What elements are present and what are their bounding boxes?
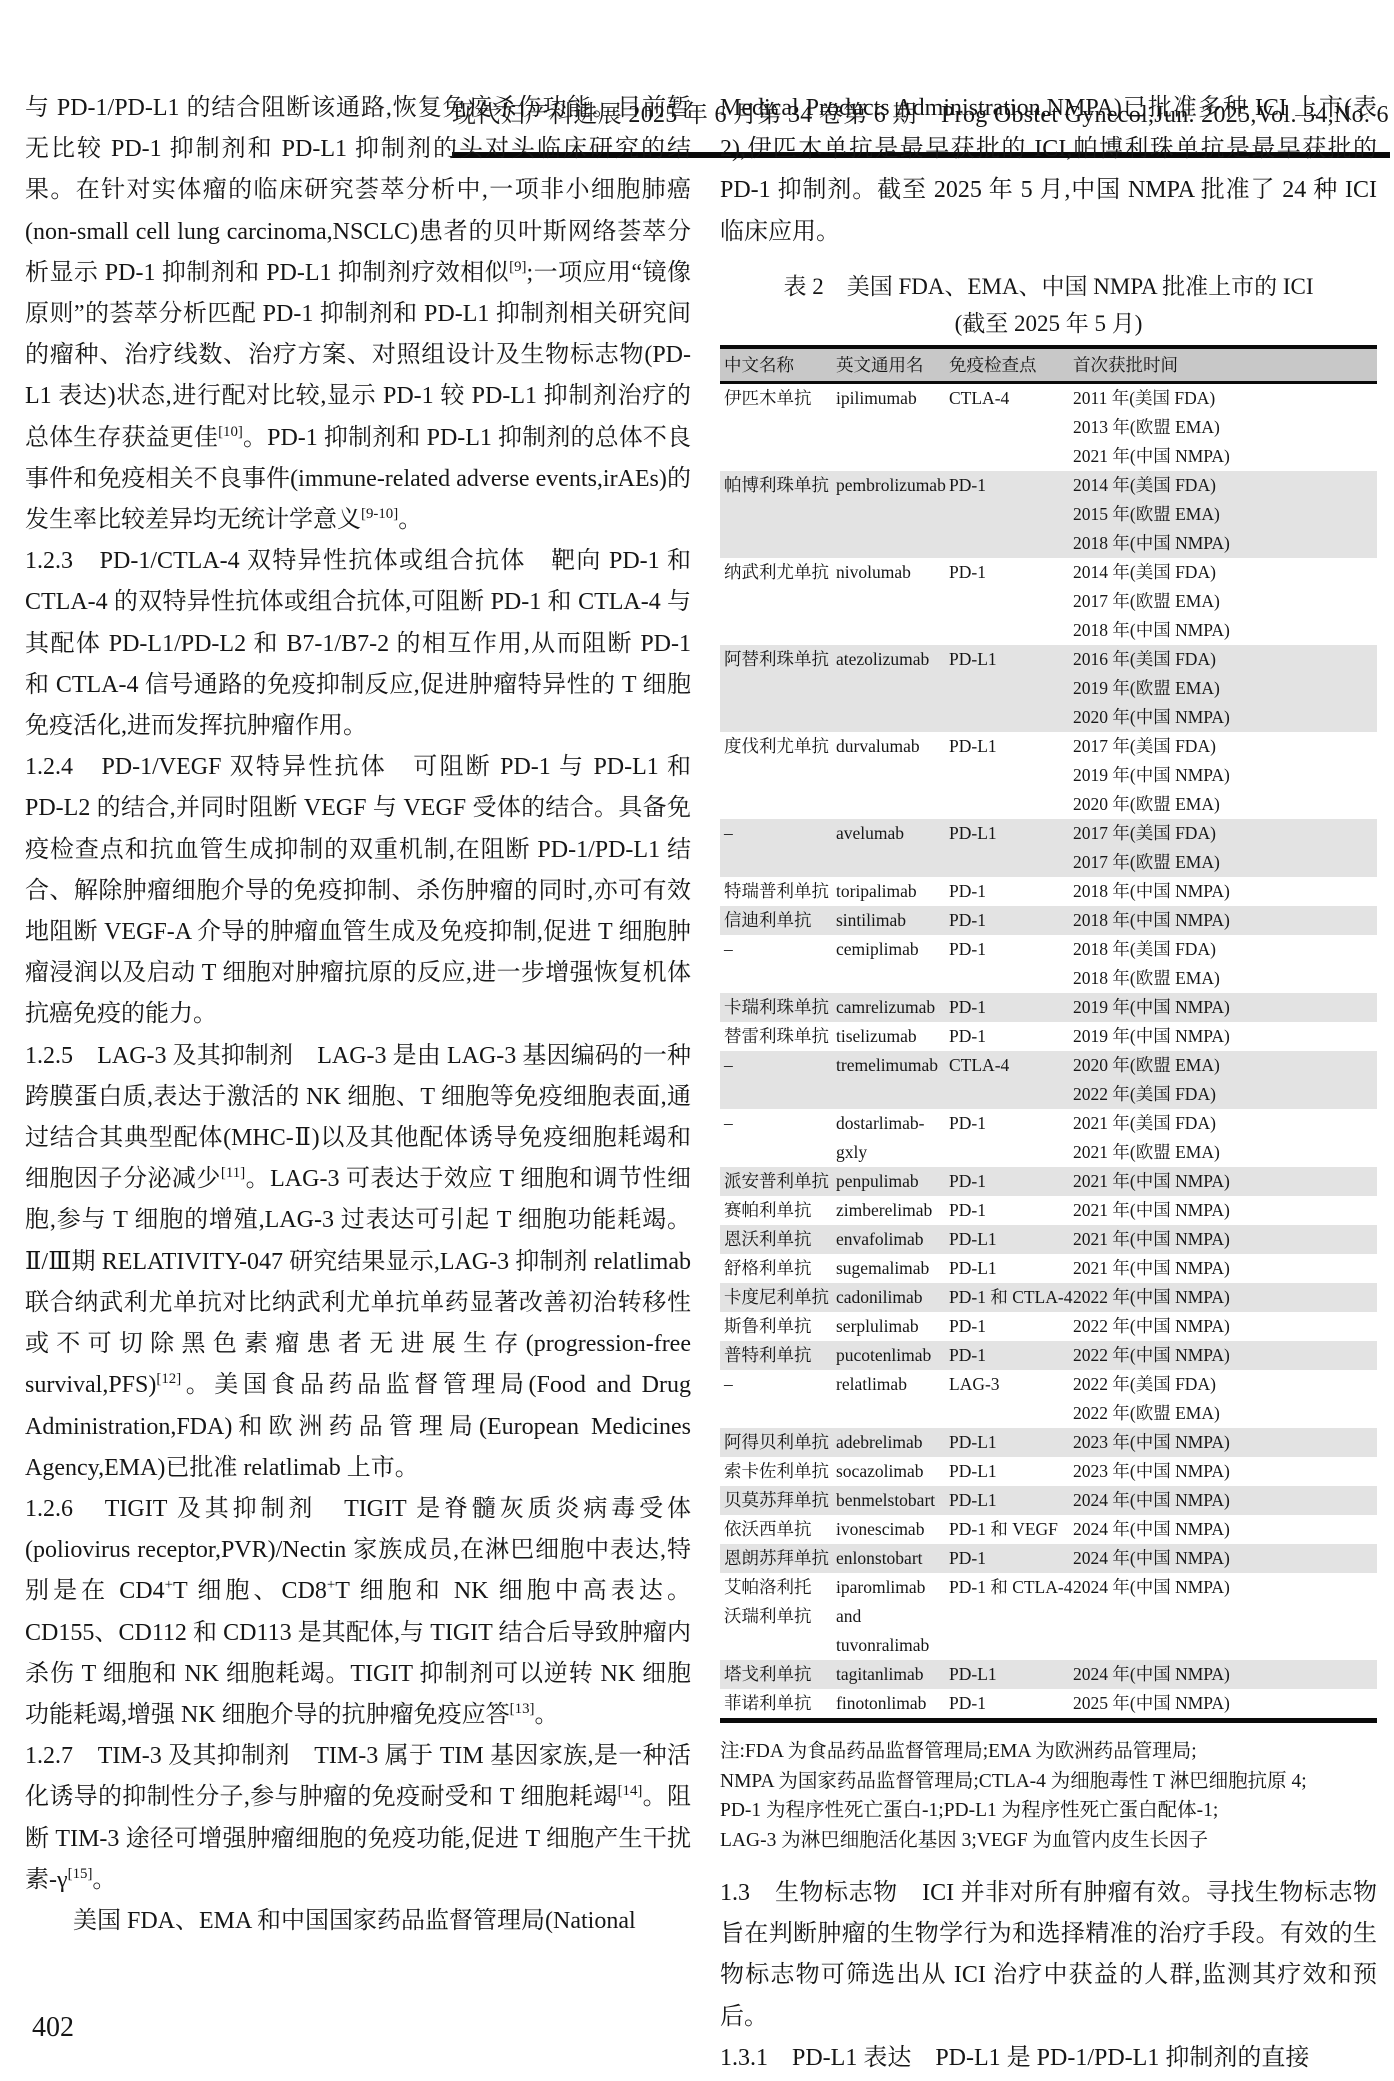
table-row: 塔戈利单抗tagitanlimabPD-L12024 年(中国 NMPA)	[720, 1660, 1377, 1689]
drug-name-en: tiselizumab	[836, 1022, 949, 1051]
table-row: 贝莫苏拜单抗benmelstobartPD-L12024 年(中国 NMPA)	[720, 1486, 1377, 1515]
approval-line: 2017 年(欧盟 EMA)	[1073, 848, 1377, 877]
reference-superscript: [10]	[218, 424, 243, 440]
drug-name-en: avelumab	[836, 819, 949, 877]
approval-dates: 2025 年(中国 NMPA)	[1073, 1689, 1377, 1721]
checkpoint-target: PD-1	[949, 471, 1073, 558]
checkpoint-target: CTLA-4	[949, 383, 1073, 472]
drug-name-en: sugemalimab	[836, 1254, 949, 1283]
drug-name-en: socazolimab	[836, 1457, 949, 1486]
drug-name-cn: 斯鲁利单抗	[720, 1312, 836, 1341]
drug-name-en: pucotenlimab	[836, 1341, 949, 1370]
paragraph: 1.3 生物标志物 ICI 并非对所有肿瘤有效。寻找生物标志物旨在判断肿瘤的生物…	[720, 1873, 1377, 2038]
approval-line: 2017 年(美国 FDA)	[1073, 732, 1377, 761]
right-column: Medical Products Administration,NMPA)已批准…	[720, 88, 1377, 2048]
approval-line: 2022 年(欧盟 EMA)	[1073, 1399, 1377, 1428]
table-row: 索卡佐利单抗socazolimabPD-L12023 年(中国 NMPA)	[720, 1457, 1377, 1486]
approval-dates: 2021 年(美国 FDA)2021 年(欧盟 EMA)	[1073, 1109, 1377, 1167]
drug-name-en: sintilimab	[836, 906, 949, 935]
approval-line: 2018 年(中国 NMPA)	[1073, 877, 1377, 906]
approval-dates: 2019 年(中国 NMPA)	[1073, 1022, 1377, 1051]
approval-dates: 2021 年(中国 NMPA)	[1073, 1225, 1377, 1254]
approval-line: 2019 年(欧盟 EMA)	[1073, 674, 1377, 703]
approval-dates: 2022 年(中国 NMPA)	[1073, 1283, 1377, 1312]
approval-dates: 2018 年(美国 FDA)2018 年(欧盟 EMA)	[1073, 935, 1377, 993]
drug-name-en: durvalumab	[836, 732, 949, 819]
drug-name-cn: 依沃西单抗	[720, 1515, 836, 1544]
approval-line: 2021 年(中国 NMPA)	[1073, 1225, 1377, 1254]
drug-name-cn: 索卡佐利单抗	[720, 1457, 836, 1486]
checkpoint-target: PD-1	[949, 1109, 1073, 1167]
checkpoint-target: PD-1 和 VEGF	[949, 1515, 1073, 1544]
drug-name-en: tremelimumab	[836, 1051, 949, 1109]
left-column: 与 PD-1/PD-L1 的结合阻断该通路,恢复免疫杀伤功能。目前暂无比较 PD…	[25, 88, 691, 2018]
ici-approval-table: 中文名称英文通用名免疫检查点首次获批时间 伊匹木单抗ipilimumabCTLA…	[720, 345, 1377, 1723]
approval-dates: 2021 年(中国 NMPA)	[1073, 1254, 1377, 1283]
drug-name-cn: 帕博利珠单抗	[720, 471, 836, 558]
approval-line: 2017 年(美国 FDA)	[1073, 819, 1377, 848]
drug-name-cn: 赛帕利单抗	[720, 1196, 836, 1225]
table-row: 派安普利单抗penpulimabPD-12021 年(中国 NMPA)	[720, 1167, 1377, 1196]
drug-name-cn: –	[720, 1051, 836, 1109]
reference-superscript: [9]	[509, 259, 526, 275]
approval-line: 2014 年(美国 FDA)	[1073, 471, 1377, 500]
approval-line: 2022 年(美国 FDA)	[1073, 1370, 1377, 1399]
approval-line: 2018 年(中国 NMPA)	[1073, 616, 1377, 645]
table-row: 度伐利尤单抗durvalumabPD-L12017 年(美国 FDA)2019 …	[720, 732, 1377, 819]
drug-name-cn: 度伐利尤单抗	[720, 732, 836, 819]
checkpoint-target: CTLA-4	[949, 1051, 1073, 1109]
table-row: 菲诺利单抗finotonlimabPD-12025 年(中国 NMPA)	[720, 1689, 1377, 1721]
approval-dates: 2011 年(美国 FDA)2013 年(欧盟 EMA)2021 年(中国 NM…	[1073, 383, 1377, 472]
table-row: 恩朗苏拜单抗enlonstobartPD-12024 年(中国 NMPA)	[720, 1544, 1377, 1573]
approval-dates: 2022 年(中国 NMPA)	[1073, 1341, 1377, 1370]
table-row: 普特利单抗pucotenlimabPD-12022 年(中国 NMPA)	[720, 1341, 1377, 1370]
table-row: 信迪利单抗sintilimabPD-12018 年(中国 NMPA)	[720, 906, 1377, 935]
drug-name-en: tagitanlimab	[836, 1660, 949, 1689]
reference-superscript: [11]	[221, 1165, 245, 1181]
approval-line: 2022 年(中国 NMPA)	[1073, 1283, 1377, 1312]
approval-dates: 2024 年(中国 NMPA)	[1073, 1660, 1377, 1689]
column-header: 首次获批时间	[1073, 347, 1377, 383]
paragraph: 1.2.7 TIM-3 及其抑制剂 TIM-3 属于 TIM 基因家族,是一种活…	[25, 1736, 691, 1901]
approval-dates: 2021 年(中国 NMPA)	[1073, 1167, 1377, 1196]
table-row: 替雷利珠单抗tiselizumabPD-12019 年(中国 NMPA)	[720, 1022, 1377, 1051]
approval-line: 2017 年(欧盟 EMA)	[1073, 587, 1377, 616]
approval-dates: 2024 年(中国 NMPA)	[1073, 1515, 1377, 1544]
approval-dates: 2021 年(中国 NMPA)	[1073, 1196, 1377, 1225]
checkpoint-target: PD-L1	[949, 645, 1073, 732]
checkpoint-target: PD-L1	[949, 1254, 1073, 1283]
drug-name-cn: 信迪利单抗	[720, 906, 836, 935]
page-number: 402	[32, 2012, 74, 2044]
table-row: 舒格利单抗sugemalimabPD-L12021 年(中国 NMPA)	[720, 1254, 1377, 1283]
drug-name-cn: 塔戈利单抗	[720, 1660, 836, 1689]
table-note-line: PD-1 为程序性死亡蛋白-1;PD-L1 为程序性死亡蛋白配体-1;	[720, 1796, 1377, 1826]
table-row: 斯鲁利单抗serplulimabPD-12022 年(中国 NMPA)	[720, 1312, 1377, 1341]
table-row: –tremelimumabCTLA-42020 年(欧盟 EMA)2022 年(…	[720, 1051, 1377, 1109]
table-row: 特瑞普利单抗toripalimabPD-12018 年(中国 NMPA)	[720, 877, 1377, 906]
table-row: 依沃西单抗ivonescimabPD-1 和 VEGF2024 年(中国 NMP…	[720, 1515, 1377, 1544]
table-row: 阿替利珠单抗atezolizumabPD-L12016 年(美国 FDA)201…	[720, 645, 1377, 732]
reference-superscript: [13]	[510, 1701, 535, 1717]
checkpoint-target: PD-1 和 CTLA-4	[949, 1283, 1073, 1312]
checkpoint-target: PD-1	[949, 1196, 1073, 1225]
drug-name-en: serplulimab	[836, 1312, 949, 1341]
table-row: 艾帕洛利托 沃瑞利单抗iparomlimab and tuvonralimabP…	[720, 1573, 1377, 1660]
approval-dates: 2014 年(美国 FDA)2017 年(欧盟 EMA)2018 年(中国 NM…	[1073, 558, 1377, 645]
column-header: 英文通用名	[836, 347, 949, 383]
drug-name-cn: 阿替利珠单抗	[720, 645, 836, 732]
reference-superscript: [9-10]	[361, 506, 398, 522]
approval-line: 2022 年(中国 NMPA)	[1073, 1341, 1377, 1370]
checkpoint-target: PD-L1	[949, 1225, 1073, 1254]
table-note-line: 注:FDA 为食品药品监督管理局;EMA 为欧洲药品管理局;	[720, 1737, 1377, 1767]
table-row: 卡度尼利单抗cadonilimabPD-1 和 CTLA-42022 年(中国 …	[720, 1283, 1377, 1312]
drug-name-cn: 菲诺利单抗	[720, 1689, 836, 1721]
approval-line: 2021 年(中国 NMPA)	[1073, 442, 1377, 471]
table-row: 卡瑞利珠单抗camrelizumabPD-12019 年(中国 NMPA)	[720, 993, 1377, 1022]
drug-name-en: atezolizumab	[836, 645, 949, 732]
reference-superscript: [15]	[68, 1866, 93, 1882]
approval-dates: 2020 年(欧盟 EMA)2022 年(美国 FDA)	[1073, 1051, 1377, 1109]
drug-name-cn: 艾帕洛利托 沃瑞利单抗	[720, 1573, 836, 1660]
drug-name-cn: 恩朗苏拜单抗	[720, 1544, 836, 1573]
reference-superscript: [12]	[156, 1371, 181, 1387]
paragraph: 1.2.3 PD-1/CTLA-4 双特异性抗体或组合抗体 靶向 PD-1 和 …	[25, 541, 691, 747]
checkpoint-target: PD-1	[949, 906, 1073, 935]
paragraph: Medical Products Administration,NMPA)已批准…	[720, 88, 1377, 253]
approval-line: 2022 年(美国 FDA)	[1073, 1080, 1377, 1109]
checkpoint-target: PD-1	[949, 1689, 1073, 1721]
drug-name-cn: –	[720, 935, 836, 993]
drug-name-cn: 卡度尼利单抗	[720, 1283, 836, 1312]
approval-dates: 2024 年(中国 NMPA)	[1073, 1486, 1377, 1515]
checkpoint-target: PD-1	[949, 1167, 1073, 1196]
table-note-line: LAG-3 为淋巴细胞活化基因 3;VEGF 为血管内皮生长因子	[720, 1826, 1377, 1856]
approval-line: 2015 年(欧盟 EMA)	[1073, 500, 1377, 529]
table-row: –dostarlimab-gxlyPD-12021 年(美国 FDA)2021 …	[720, 1109, 1377, 1167]
drug-name-cn: 卡瑞利珠单抗	[720, 993, 836, 1022]
approval-line: 2020 年(欧盟 EMA)	[1073, 790, 1377, 819]
approval-dates: 2017 年(美国 FDA)2017 年(欧盟 EMA)	[1073, 819, 1377, 877]
approval-line: 2021 年(中国 NMPA)	[1073, 1196, 1377, 1225]
approval-line: 2020 年(中国 NMPA)	[1073, 703, 1377, 732]
approval-line: 2024 年(中国 NMPA)	[1073, 1515, 1377, 1544]
checkpoint-target: LAG-3	[949, 1370, 1073, 1428]
approval-dates: 2024 年(中国 NMPA)	[1073, 1544, 1377, 1573]
checkpoint-target: PD-L1	[949, 1486, 1073, 1515]
column-header: 免疫检查点	[949, 347, 1073, 383]
paragraph: 1.3.1 PD-L1 表达 PD-L1 是 PD-1/PD-L1 抑制剂的直接	[720, 2038, 1377, 2079]
approval-line: 2021 年(中国 NMPA)	[1073, 1167, 1377, 1196]
checkpoint-target: PD-1	[949, 1312, 1073, 1341]
drug-name-cn: 纳武利尤单抗	[720, 558, 836, 645]
approval-dates: 2016 年(美国 FDA)2019 年(欧盟 EMA)2020 年(中国 NM…	[1073, 645, 1377, 732]
column-header: 中文名称	[720, 347, 836, 383]
table-row: 帕博利珠单抗pembrolizumabPD-12014 年(美国 FDA)201…	[720, 471, 1377, 558]
approval-line: 2021 年(美国 FDA)	[1073, 1109, 1377, 1138]
table-body: 伊匹木单抗ipilimumabCTLA-42011 年(美国 FDA)2013 …	[720, 383, 1377, 1721]
drug-name-cn: 替雷利珠单抗	[720, 1022, 836, 1051]
approval-line: 2022 年(中国 NMPA)	[1073, 1312, 1377, 1341]
approval-dates: 2023 年(中国 NMPA)	[1073, 1457, 1377, 1486]
table-subtitle: (截至 2025 年 5 月)	[720, 306, 1377, 342]
paragraph: 美国 FDA、EMA 和中国国家药品监督管理局(National	[25, 1901, 691, 1942]
checkpoint-target: PD-1	[949, 558, 1073, 645]
approval-line: 2018 年(欧盟 EMA)	[1073, 964, 1377, 993]
paragraph: 1.2.5 LAG-3 及其抑制剂 LAG-3 是由 LAG-3 基因编码的一种…	[25, 1036, 691, 1489]
drug-name-cn: 贝莫苏拜单抗	[720, 1486, 836, 1515]
approval-line: 2019 年(中国 NMPA)	[1073, 1022, 1377, 1051]
drug-name-cn: –	[720, 1370, 836, 1428]
checkpoint-target: PD-1	[949, 993, 1073, 1022]
drug-name-en: penpulimab	[836, 1167, 949, 1196]
approval-line: 2020 年(欧盟 EMA)	[1073, 1051, 1377, 1080]
approval-dates: 2022 年(美国 FDA)2022 年(欧盟 EMA)	[1073, 1370, 1377, 1428]
drug-name-en: iparomlimab and tuvonralimab	[836, 1573, 949, 1660]
drug-name-cn: 恩沃利单抗	[720, 1225, 836, 1254]
approval-line: 2024 年(中国 NMPA)	[1073, 1660, 1377, 1689]
approval-line: 2011 年(美国 FDA)	[1073, 384, 1377, 413]
approval-dates: 2017 年(美国 FDA)2019 年(中国 NMPA)2020 年(欧盟 E…	[1073, 732, 1377, 819]
drug-name-cn: 特瑞普利单抗	[720, 877, 836, 906]
drug-name-en: ivonescimab	[836, 1515, 949, 1544]
checkpoint-target: PD-L1	[949, 1428, 1073, 1457]
drug-name-cn: –	[720, 819, 836, 877]
approval-dates: 2022 年(中国 NMPA)	[1073, 1312, 1377, 1341]
checkpoint-target: PD-L1	[949, 1660, 1073, 1689]
table-row: 阿得贝利单抗adebrelimabPD-L12023 年(中国 NMPA)	[720, 1428, 1377, 1457]
approval-dates: 2019 年(中国 NMPA)	[1073, 993, 1377, 1022]
drug-name-en: finotonlimab	[836, 1689, 949, 1721]
checkpoint-target: PD-1	[949, 1341, 1073, 1370]
after-paragraphs: 1.3 生物标志物 ICI 并非对所有肿瘤有效。寻找生物标志物旨在判断肿瘤的生物…	[720, 1873, 1377, 2079]
approval-line: 2023 年(中国 NMPA)	[1073, 1457, 1377, 1486]
paragraph: 与 PD-1/PD-L1 的结合阻断该通路,恢复免疫杀伤功能。目前暂无比较 PD…	[25, 88, 691, 541]
drug-name-en: pembrolizumab	[836, 471, 949, 558]
drug-name-cn: 普特利单抗	[720, 1341, 836, 1370]
drug-name-cn: –	[720, 1109, 836, 1167]
approval-dates: 2023 年(中国 NMPA)	[1073, 1428, 1377, 1457]
approval-line: 2021 年(中国 NMPA)	[1073, 1254, 1377, 1283]
drug-name-en: enlonstobart	[836, 1544, 949, 1573]
approval-line: 2016 年(美国 FDA)	[1073, 645, 1377, 674]
approval-line: 2021 年(欧盟 EMA)	[1073, 1138, 1377, 1167]
paragraph: 1.2.4 PD-1/VEGF 双特异性抗体 可阻断 PD-1 与 PD-L1 …	[25, 747, 691, 1035]
approval-line: 2014 年(美国 FDA)	[1073, 558, 1377, 587]
drug-name-en: zimberelimab	[836, 1196, 949, 1225]
table-row: 赛帕利单抗zimberelimabPD-12021 年(中国 NMPA)	[720, 1196, 1377, 1225]
drug-name-en: envafolimab	[836, 1225, 949, 1254]
approval-line: 2019 年(中国 NMPA)	[1073, 761, 1377, 790]
table-note-line: NMPA 为国家药品监督管理局;CTLA-4 为细胞毒性 T 淋巴细胞抗原 4;	[720, 1767, 1377, 1797]
drug-name-cn: 伊匹木单抗	[720, 383, 836, 472]
table-notes: 注:FDA 为食品药品监督管理局;EMA 为欧洲药品管理局;NMPA 为国家药品…	[720, 1737, 1377, 1855]
drug-name-cn: 派安普利单抗	[720, 1167, 836, 1196]
approval-dates: 2018 年(中国 NMPA)	[1073, 877, 1377, 906]
approval-line: 2018 年(中国 NMPA)	[1073, 906, 1377, 935]
table-title: 表 2 美国 FDA、EMA、中国 NMPA 批准上市的 ICI	[720, 268, 1377, 306]
checkpoint-target: PD-1	[949, 877, 1073, 906]
drug-name-en: cadonilimab	[836, 1283, 949, 1312]
table-row: –avelumabPD-L12017 年(美国 FDA)2017 年(欧盟 EM…	[720, 819, 1377, 877]
approval-dates: 2018 年(中国 NMPA)	[1073, 906, 1377, 935]
table-row: 纳武利尤单抗nivolumabPD-12014 年(美国 FDA)2017 年(…	[720, 558, 1377, 645]
checkpoint-target: PD-L1	[949, 732, 1073, 819]
drug-name-en: relatlimab	[836, 1370, 949, 1428]
table-row: –relatlimabLAG-32022 年(美国 FDA)2022 年(欧盟 …	[720, 1370, 1377, 1428]
approval-line: 2024 年(中国 NMPA)	[1073, 1544, 1377, 1573]
approval-line: 2019 年(中国 NMPA)	[1073, 993, 1377, 1022]
approval-line: 2025 年(中国 NMPA)	[1073, 1689, 1377, 1718]
drug-name-en: cemiplimab	[836, 935, 949, 993]
approval-line: 2024 年(中国 NMPA)	[1073, 1573, 1377, 1602]
checkpoint-target: PD-1 和 CTLA-4	[949, 1573, 1073, 1660]
checkpoint-target: PD-1	[949, 935, 1073, 993]
checkpoint-target: PD-1	[949, 1544, 1073, 1573]
checkpoint-target: PD-1	[949, 1022, 1073, 1051]
drug-name-en: toripalimab	[836, 877, 949, 906]
approval-line: 2013 年(欧盟 EMA)	[1073, 413, 1377, 442]
approval-line: 2024 年(中国 NMPA)	[1073, 1486, 1377, 1515]
drug-name-en: adebrelimab	[836, 1428, 949, 1457]
table-header: 中文名称英文通用名免疫检查点首次获批时间	[720, 347, 1377, 383]
drug-name-en: nivolumab	[836, 558, 949, 645]
drug-name-en: dostarlimab-gxly	[836, 1109, 949, 1167]
reference-superscript: +	[327, 1577, 335, 1593]
approval-line: 2023 年(中国 NMPA)	[1073, 1428, 1377, 1457]
approval-line: 2018 年(中国 NMPA)	[1073, 529, 1377, 558]
drug-name-cn: 阿得贝利单抗	[720, 1428, 836, 1457]
drug-name-cn: 舒格利单抗	[720, 1254, 836, 1283]
checkpoint-target: PD-L1	[949, 819, 1073, 877]
approval-line: 2018 年(美国 FDA)	[1073, 935, 1377, 964]
approval-dates: 2024 年(中国 NMPA)	[1073, 1573, 1377, 1660]
paragraph: 1.2.6 TIGIT 及其抑制剂 TIGIT 是脊髓灰质炎病毒受体(polio…	[25, 1489, 691, 1736]
checkpoint-target: PD-L1	[949, 1457, 1073, 1486]
drug-name-en: benmelstobart	[836, 1486, 949, 1515]
approval-dates: 2014 年(美国 FDA)2015 年(欧盟 EMA)2018 年(中国 NM…	[1073, 471, 1377, 558]
drug-name-en: camrelizumab	[836, 993, 949, 1022]
reference-superscript: [14]	[618, 1783, 643, 1799]
reference-superscript: +	[165, 1577, 173, 1593]
intro-paragraphs: Medical Products Administration,NMPA)已批准…	[720, 88, 1377, 254]
table-row: –cemiplimabPD-12018 年(美国 FDA)2018 年(欧盟 E…	[720, 935, 1377, 993]
drug-name-en: ipilimumab	[836, 383, 949, 472]
table-row: 伊匹木单抗ipilimumabCTLA-42011 年(美国 FDA)2013 …	[720, 383, 1377, 472]
table-row: 恩沃利单抗envafolimabPD-L12021 年(中国 NMPA)	[720, 1225, 1377, 1254]
